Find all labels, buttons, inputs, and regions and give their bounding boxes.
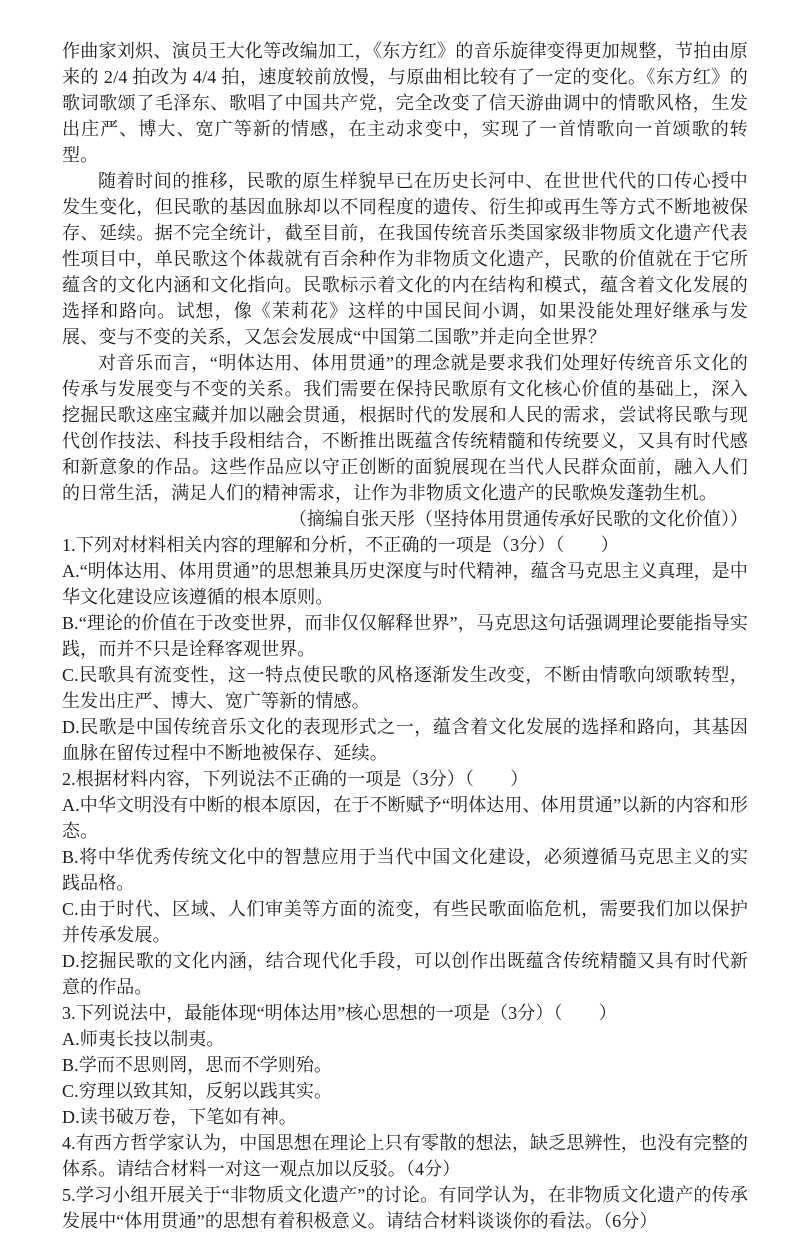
question-2-option-d: D.挖掘民歌的文化内涵，结合现代化手段，可以创作出既蕴含传统精髓又具有时代新意的… <box>62 948 748 1000</box>
question-4-stem: 4.有西方哲学家认为，中国思想在理论上只有零散的想法，缺乏思辨性，也没有完整的体… <box>62 1130 748 1182</box>
question-3-option-d: D.读书破万卷，下笔如有神。 <box>62 1104 748 1130</box>
question-3: 3.下列说法中，最能体现“明体达用”核心思想的一项是（3分）（ ） A.师夷长技… <box>62 1000 748 1130</box>
question-2-stem: 2.根据材料内容，下列说法不正确的一项是（3分）（ ） <box>62 766 748 792</box>
question-2-option-b: B.将中华优秀传统文化中的智慧应用于当代中国文化建设，必须遵循马克思主义的实践品… <box>62 844 748 896</box>
question-3-option-a: A.师夷长技以制夷。 <box>62 1026 748 1052</box>
question-1-stem: 1.下列对材料相关内容的理解和分析，不正确的一项是（3分）（ ） <box>62 532 748 558</box>
exam-page: 作曲家刘炽、演员王大化等改编加工，《东方红》的音乐旋律变得更加规整，节拍由原来的… <box>0 0 800 1233</box>
question-2-option-c: C.由于时代、区域、人们审美等方面的流变，有些民歌面临危机，需要我们加以保护并传… <box>62 896 748 948</box>
question-1-option-a: A.“明体达用、体用贯通”的思想兼具历史深度与时代精神，蕴含马克思主义真理，是中… <box>62 558 748 610</box>
question-5: 5.学习小组开展关于“非物质文化遗产”的讨论。有同学认为，在非物质文化遗产的传承… <box>62 1182 748 1233</box>
question-1-option-c: C.民歌具有流变性，这一特点使民歌的风格逐渐发生改变，不断由情歌向颂歌转型，生发… <box>62 662 748 714</box>
question-3-option-c: C.穷理以致其知，反躬以践其实。 <box>62 1078 748 1104</box>
question-1-option-b: B.“理论的价值在于改变世界，而非仅仅解释世界”，马克思这句话强调理论要能指导实… <box>62 610 748 662</box>
question-4: 4.有西方哲学家认为，中国思想在理论上只有零散的想法，缺乏思辨性，也没有完整的体… <box>62 1130 748 1182</box>
question-1-option-d: D.民歌是中国传统音乐文化的表现形式之一，蕴含着文化发展的选择和路向，其基因血脉… <box>62 714 748 766</box>
attribution-line: （摘编自张天彤（坚持体用贯通传承好民歌的文化价值）） <box>62 506 748 532</box>
question-3-option-b: B.学而不思则罔，思而不学则殆。 <box>62 1052 748 1078</box>
question-3-stem: 3.下列说法中，最能体现“明体达用”核心思想的一项是（3分）（ ） <box>62 1000 748 1026</box>
material-paragraph-1: 作曲家刘炽、演员王大化等改编加工，《东方红》的音乐旋律变得更加规整，节拍由原来的… <box>62 38 748 168</box>
question-5-stem: 5.学习小组开展关于“非物质文化遗产”的讨论。有同学认为，在非物质文化遗产的传承… <box>62 1182 748 1233</box>
question-1: 1.下列对材料相关内容的理解和分析，不正确的一项是（3分）（ ） A.“明体达用… <box>62 532 748 766</box>
material-paragraph-3: 对音乐而言，“明体达用、体用贯通”的理念就是要求我们处理好传统音乐文化的传承与发… <box>62 350 748 506</box>
question-2: 2.根据材料内容，下列说法不正确的一项是（3分）（ ） A.中华文明没有中断的根… <box>62 766 748 1000</box>
material-paragraph-2: 随着时间的推移，民歌的原生样貌早已在历史长河中、在世世代代的口传心授中发生变化，… <box>62 168 748 350</box>
question-2-option-a: A.中华文明没有中断的根本原因，在于不断赋予“明体达用、体用贯通”以新的内容和形… <box>62 792 748 844</box>
